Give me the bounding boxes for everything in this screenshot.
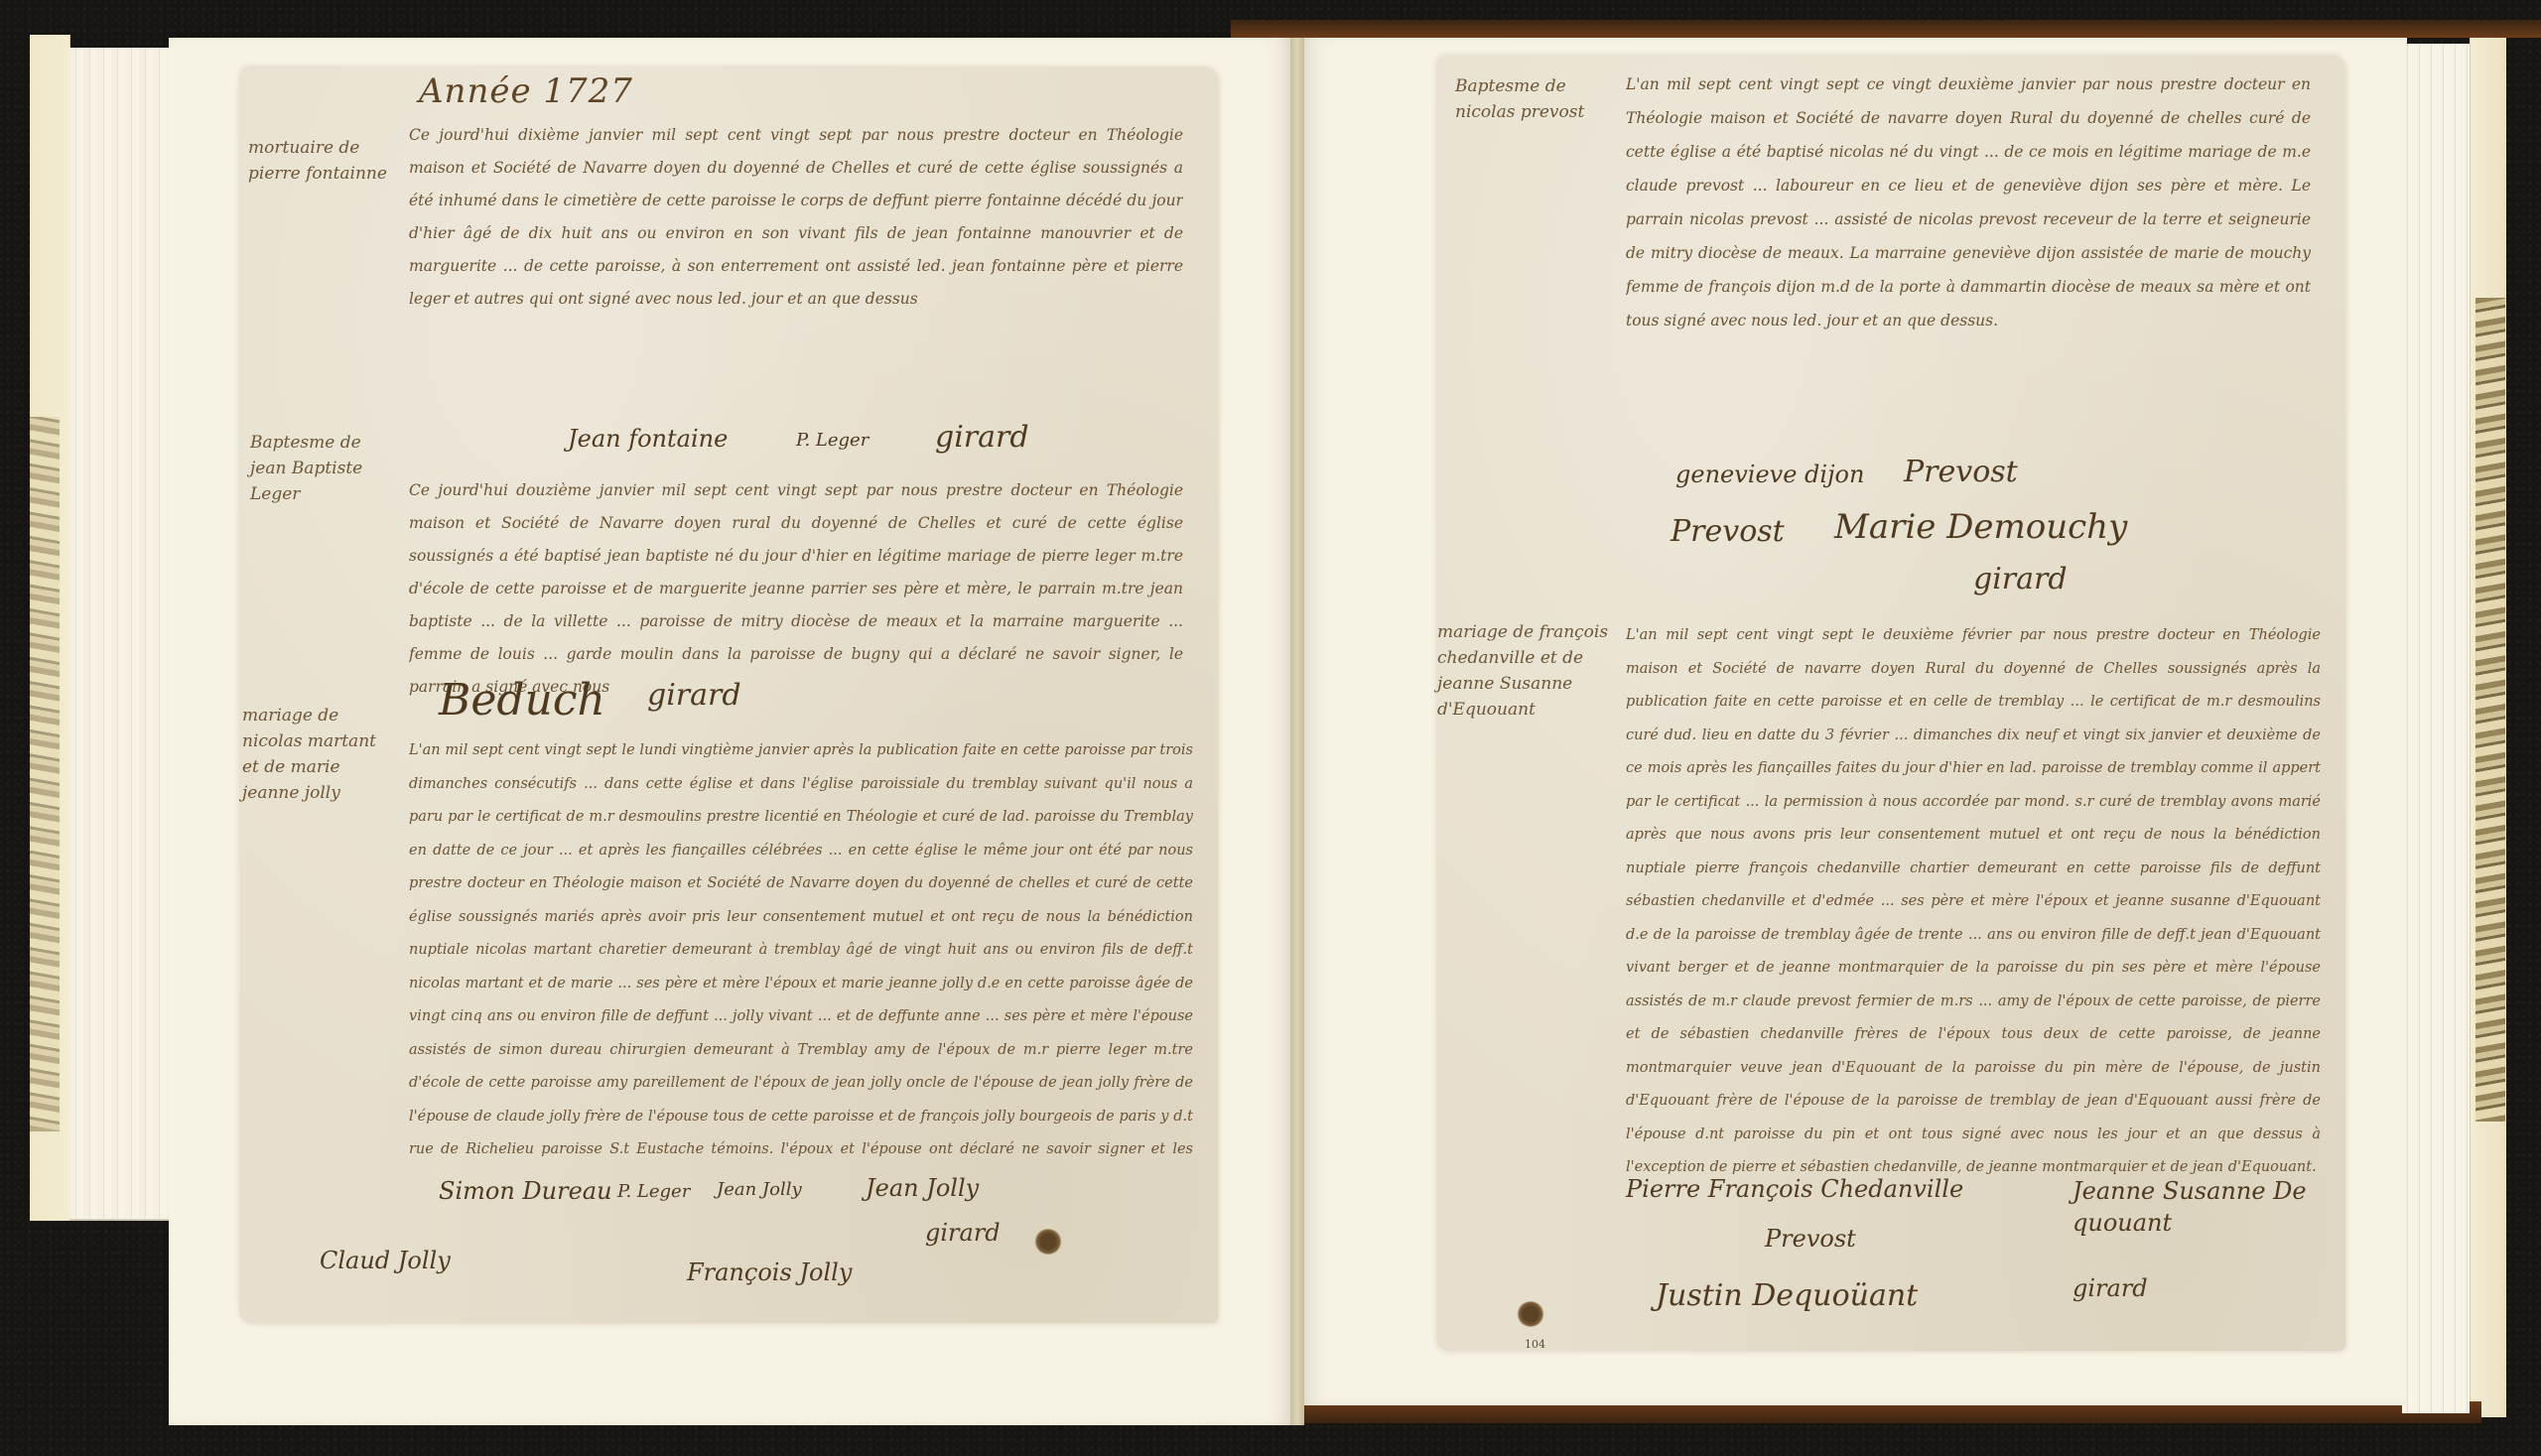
ink-stain xyxy=(1517,1301,1544,1327)
signature: Jean Jolly xyxy=(717,1179,802,1200)
left-manuscript-leaf: Année 1727 mortuaire de pierre fontainne… xyxy=(240,67,1218,1323)
right-page-block xyxy=(2402,44,2470,1413)
signature: Simon Dureau xyxy=(439,1177,612,1205)
signature: genevieve dijon xyxy=(1675,461,1864,488)
left-marbled-endpaper xyxy=(30,417,60,1131)
signature: Marie Demouchy xyxy=(1834,507,2127,547)
signature: girard xyxy=(2073,1274,2148,1302)
signature: Prevost xyxy=(1904,455,2018,489)
signature: girard xyxy=(935,420,1029,455)
ink-stain xyxy=(1034,1229,1062,1255)
signature: Jean fontaine xyxy=(568,425,728,453)
entry-baptism-prevost: L'an mil sept cent vingt sept ce vingt d… xyxy=(1626,67,2311,455)
signature: P. Leger xyxy=(617,1181,690,1202)
signature: girard xyxy=(925,1219,1001,1247)
open-register-book: Année 1727 mortuaire de pierre fontainne… xyxy=(0,0,2541,1456)
entry-marriage-martant-jolly: L'an mil sept cent vingt sept le lundi v… xyxy=(409,734,1193,1166)
signature: girard xyxy=(647,678,741,713)
margin-note-baptism: Baptesme de jean Baptiste Leger xyxy=(250,430,389,507)
margin-note-marriage-chedanville: mariage de françois chedanville et de je… xyxy=(1437,619,1621,723)
gutter xyxy=(1290,38,1304,1425)
margin-note-baptism-prevost: Baptesme de nicolas prevost xyxy=(1455,73,1594,125)
right-manuscript-leaf: Baptesme de nicolas prevost L'an mil sep… xyxy=(1437,56,2345,1351)
margin-note-burial: mortuaire de pierre fontainne xyxy=(248,135,387,187)
signature: Jeanne Susanne De quouant xyxy=(2073,1175,2311,1239)
entry-marriage-chedanville-equouant: L'an mil sept cent vingt sept le deuxièm… xyxy=(1626,619,2321,1175)
binding-top-edge xyxy=(1231,20,2541,38)
year-heading: Année 1727 xyxy=(419,71,633,111)
right-marbled-endpaper xyxy=(2475,298,2505,1122)
folio-number: 104 xyxy=(1525,1338,1545,1351)
signature: P. Leger xyxy=(796,430,869,451)
signature: Beduch xyxy=(439,675,605,726)
entry-burial-fontainne: Ce jourd'hui dixième janvier mil sept ce… xyxy=(409,119,1183,427)
signature: François Jolly xyxy=(687,1258,852,1286)
signature: Jean Jolly xyxy=(866,1174,979,1202)
signature: Claud Jolly xyxy=(320,1247,451,1274)
signature: Prevost xyxy=(1671,514,1785,549)
signature: Pierre François Chedanville xyxy=(1626,1175,1963,1203)
signature: Prevost xyxy=(1765,1225,1856,1253)
left-page-block xyxy=(69,48,179,1221)
margin-note-marriage: mariage de nicolas martant et de marie j… xyxy=(242,703,381,806)
signature: Justin Dequoüant xyxy=(1656,1278,1918,1313)
signature: girard xyxy=(1973,562,2068,596)
